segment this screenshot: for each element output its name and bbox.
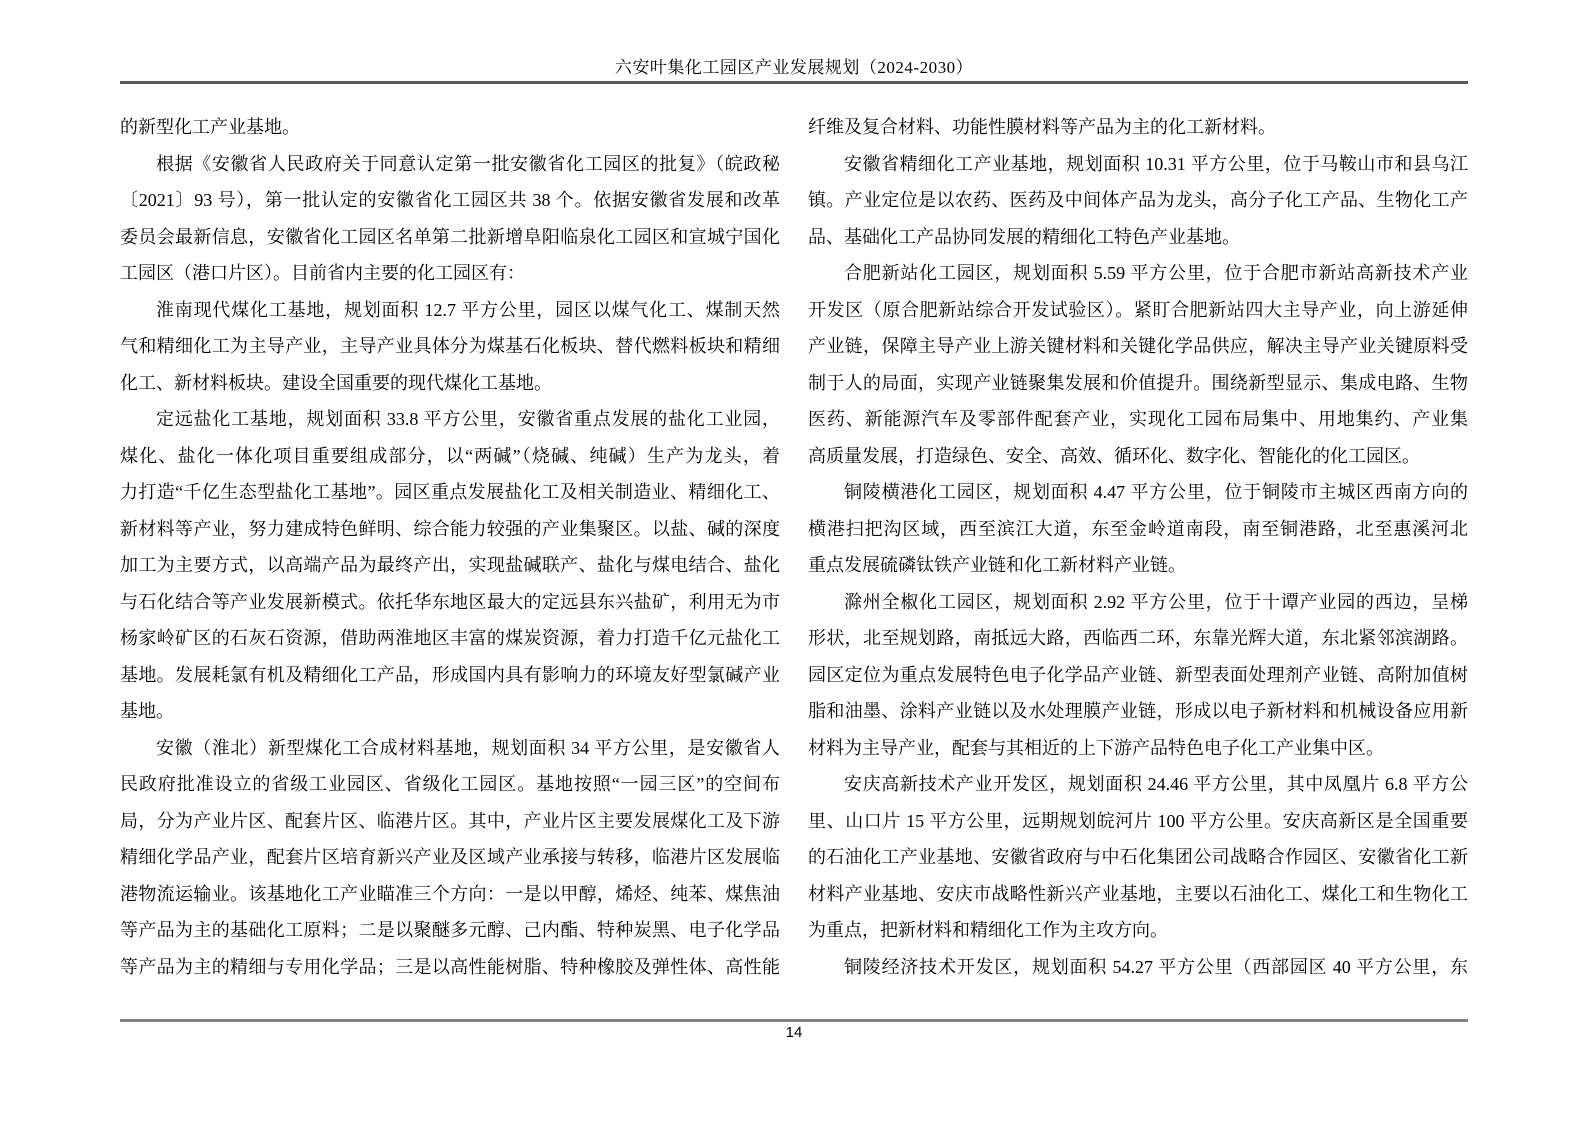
text-line: 铜陵横港化工园区，规划面积 4.47 平方公里，位于铜陵市主城区西南方向的 <box>808 474 1468 511</box>
text-line: 加工为主要方式，以高端产品为最终产出，实现盐碱联产、盐化与煤电结合、盐化 <box>120 547 780 584</box>
text-line: 铜陵经济技术开发区，规划面积 54.27 平方公里（西部园区 40 平方公里，东 <box>808 949 1468 986</box>
text-line: 局，分为产业片区、配套片区、临港片区。其中，产业片区主要发展煤化工及下游 <box>120 803 780 840</box>
text-line: 委员会最新信息，安徽省化工园区名单第二批新增阜阳临泉化工园区和宣城宁国化 <box>120 219 780 256</box>
page-number: 14 <box>0 1023 1588 1043</box>
text-line: 安徽（淮北）新型煤化工合成材料基地，规划面积 34 平方公里，是安徽省人 <box>120 730 780 767</box>
text-line: 纤维及复合材料、功能性膜材料等产品为主的化工新材料。 <box>808 109 1468 146</box>
text-line: 横港扫把沟区域，西至滨江大道，东至金岭道南段，南至铜港路，北至惠溪河北侧。 <box>808 511 1468 548</box>
text-line: 高质量发展，打造绿色、安全、高效、循环化、数字化、智能化的化工园区。 <box>808 438 1468 475</box>
text-line: 安徽省精细化工产业基地，规划面积 10.31 平方公里，位于马鞍山市和县乌江 <box>808 146 1468 183</box>
text-line: 园区定位为重点发展特色电子化学品产业链、新型表面处理剂产业链、高附加值树 <box>808 657 1468 694</box>
text-line: 煤化、盐化一体化项目重要组成部分，以“两碱”（烧碱、纯碱）生产为龙头，着 <box>120 438 780 475</box>
text-line: 的新型化工产业基地。 <box>120 109 780 146</box>
text-line: 〔2021〕93 号），第一批认定的安徽省化工园区共 38 个。依据安徽省发展和… <box>120 182 780 219</box>
text-line: 精细化学品产业，配套片区培育新兴产业及区域产业承接与转移，临港片区发展临 <box>120 839 780 876</box>
text-line: 品、基础化工产品协同发展的精细化工特色产业基地。 <box>808 219 1468 256</box>
text-line: 医药、新能源汽车及零部件配套产业，实现化工园布局集中、用地集约、产业集聚、 <box>808 401 1468 438</box>
text-line: 形状，北至规划路，南抵远大路，西临西二环，东靠光辉大道，东北紧邻滨湖路。 <box>808 620 1468 657</box>
text-line: 力打造“千亿生态型盐化工基地”。园区重点发展盐化工及相关制造业、精细化工、 <box>120 474 780 511</box>
text-line: 滁州全椒化工园区，规划面积 2.92 平方公里，位于十谭产业园的西边，呈梯 <box>808 584 1468 621</box>
text-line: 淮南现代煤化工基地，规划面积 12.7 平方公里，园区以煤气化工、煤制天然 <box>120 292 780 329</box>
text-line: 制于人的局面，实现产业链聚集发展和价值提升。围绕新型显示、集成电路、生物 <box>808 365 1468 402</box>
text-line: 产业链，保障主导产业上游关键材料和关键化学品供应，解决主导产业关键原料受 <box>808 328 1468 365</box>
text-column-left: 的新型化工产业基地。根据《安徽省人民政府关于同意认定第一批安徽省化工园区的批复》… <box>120 109 780 985</box>
text-line: 港物流运输业。该基地化工产业瞄准三个方向：一是以甲醇，烯烃、纯苯、煤焦油 <box>120 876 780 913</box>
text-line: 材料为主导产业，配套与其相近的上下游产品特色电子化工产业集中区。 <box>808 730 1468 767</box>
header-rule <box>120 81 1468 84</box>
page-header-title: 六安叶集化工园区产业发展规划（2024-2030） <box>0 56 1588 80</box>
text-line: 合肥新站化工园区，规划面积 5.59 平方公里，位于合肥市新站高新技术产业 <box>808 255 1468 292</box>
text-line: 化工、新材料板块。建设全国重要的现代煤化工基地。 <box>120 365 780 402</box>
text-line: 基地。发展耗氯有机及精细化工产品，形成国内具有影响力的环境友好型氯碱产业 <box>120 657 780 694</box>
text-line: 重点发展硫磷钛铁产业链和化工新材料产业链。 <box>808 547 1468 584</box>
text-line: 镇。产业定位是以农药、医药及中间体产品为龙头，高分子化工产品、生物化工产 <box>808 182 1468 219</box>
text-line: 定远盐化工基地，规划面积 33.8 平方公里，安徽省重点发展的盐化工业园， <box>120 401 780 438</box>
text-line: 材料产业基地、安庆市战略性新兴产业基地，主要以石油化工、煤化工和生物化工 <box>808 876 1468 913</box>
text-line: 等产品为主的基础化工原料；二是以聚醚多元醇、己内酯、特种炭黑、电子化学品 <box>120 912 780 949</box>
footer-rule <box>120 1019 1468 1022</box>
text-line: 里、山口片 15 平方公里，远期规划皖河片 100 平方公里。安庆高新区是全国重… <box>808 803 1468 840</box>
text-line: 基地。 <box>120 693 780 730</box>
text-line: 民政府批准设立的省级工业园区、省级化工园区。基地按照“一园三区”的空间布 <box>120 766 780 803</box>
text-line: 安庆高新技术产业开发区，规划面积 24.46 平方公里，其中凤凰片 6.8 平方… <box>808 766 1468 803</box>
text-line: 等产品为主的精细与专用化学品；三是以高性能树脂、特种橡胶及弹性体、高性能 <box>120 949 780 986</box>
text-line: 的石油化工产业基地、安徽省政府与中石化集团公司战略合作园区、安徽省化工新 <box>808 839 1468 876</box>
text-line: 为重点，把新材料和精细化工作为主攻方向。 <box>808 912 1468 949</box>
text-line: 根据《安徽省人民政府关于同意认定第一批安徽省化工园区的批复》（皖政秘 <box>120 146 780 183</box>
text-line: 脂和油墨、涂料产业链以及水处理膜产业链，形成以电子新材料和机械设备应用新 <box>808 693 1468 730</box>
text-line: 杨家岭矿区的石灰石资源，借助两淮地区丰富的煤炭资源，着力打造千亿元盐化工 <box>120 620 780 657</box>
text-line: 与石化结合等产业发展新模式。依托华东地区最大的定远县东兴盐矿，利用无为市 <box>120 584 780 621</box>
text-line: 气和精细化工为主导产业，主导产业具体分为煤基石化板块、替代燃料板块和精细 <box>120 328 780 365</box>
text-column-right: 纤维及复合材料、功能性膜材料等产品为主的化工新材料。安徽省精细化工产业基地，规划… <box>808 109 1468 985</box>
text-line: 新材料等产业，努力建成特色鲜明、综合能力较强的产业集聚区。以盐、碱的深度 <box>120 511 780 548</box>
text-line: 工园区（港口片区）。目前省内主要的化工园区有： <box>120 255 780 292</box>
text-line: 开发区（原合肥新站综合开发试验区）。紧盯合肥新站四大主导产业，向上游延伸 <box>808 292 1468 329</box>
